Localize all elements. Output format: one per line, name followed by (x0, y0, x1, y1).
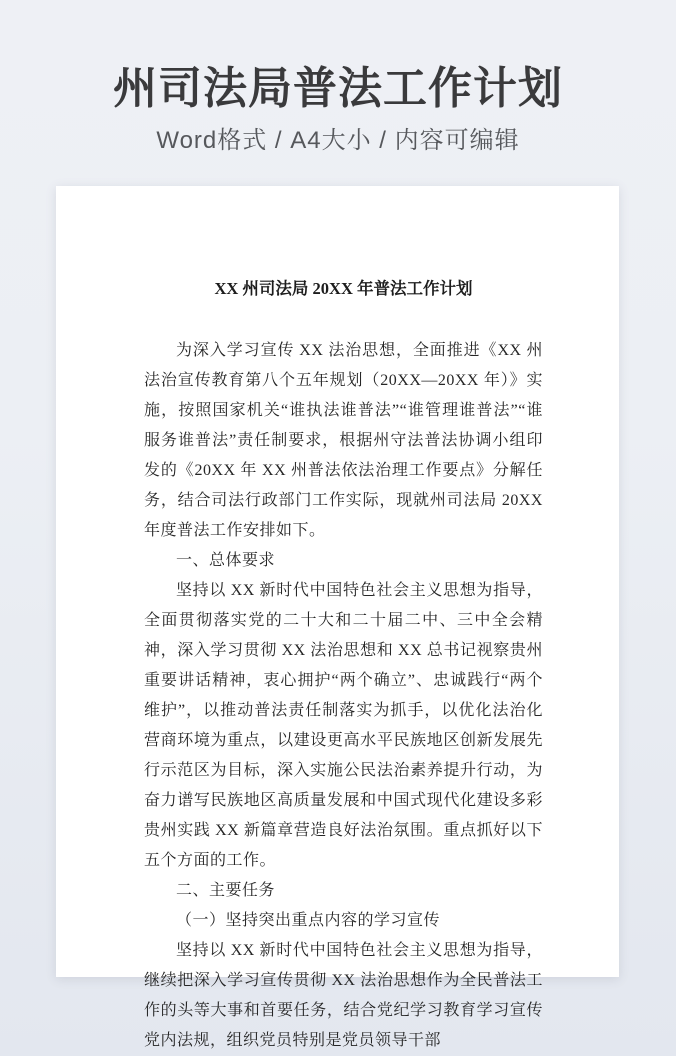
document-content: XX 州司法局 20XX 年普法工作计划 为深入学习宣传 XX 法治思想，全面推… (56, 186, 619, 1056)
poster-subtitle: Word格式 / A4大小 / 内容可编辑 (0, 127, 676, 156)
document-paragraph-overall-requirements: 坚持以 XX 新时代中国特色社会主义思想为指导，全面贯彻落实党的二十大和二十届二… (144, 576, 543, 876)
poster-header: 州司法局普法工作计划 Word格式 / A4大小 / 内容可编辑 (0, 64, 676, 155)
document-title: XX 州司法局 20XX 年普法工作计划 (144, 278, 543, 300)
poster-title: 州司法局普法工作计划 (0, 64, 676, 115)
document-page: XX 州司法局 20XX 年普法工作计划 为深入学习宣传 XX 法治思想，全面推… (56, 186, 619, 977)
template-preview-page: { "header": { "title": "州司法局普法工作计划", "su… (0, 0, 676, 1056)
document-paragraph-intro: 为深入学习宣传 XX 法治思想，全面推进《XX 州法治宣传教育第八个五年规划（2… (144, 336, 543, 546)
document-heading-main-tasks: 二、主要任务 (144, 876, 543, 906)
document-heading-overall-requirements: 一、总体要求 (144, 546, 543, 576)
document-paragraph-key-content: 坚持以 XX 新时代中国特色社会主义思想为指导，继续把深入学习宣传贯彻 XX 法… (144, 936, 543, 1056)
document-subheading-key-content: （一）坚持突出重点内容的学习宣传 (144, 906, 543, 936)
